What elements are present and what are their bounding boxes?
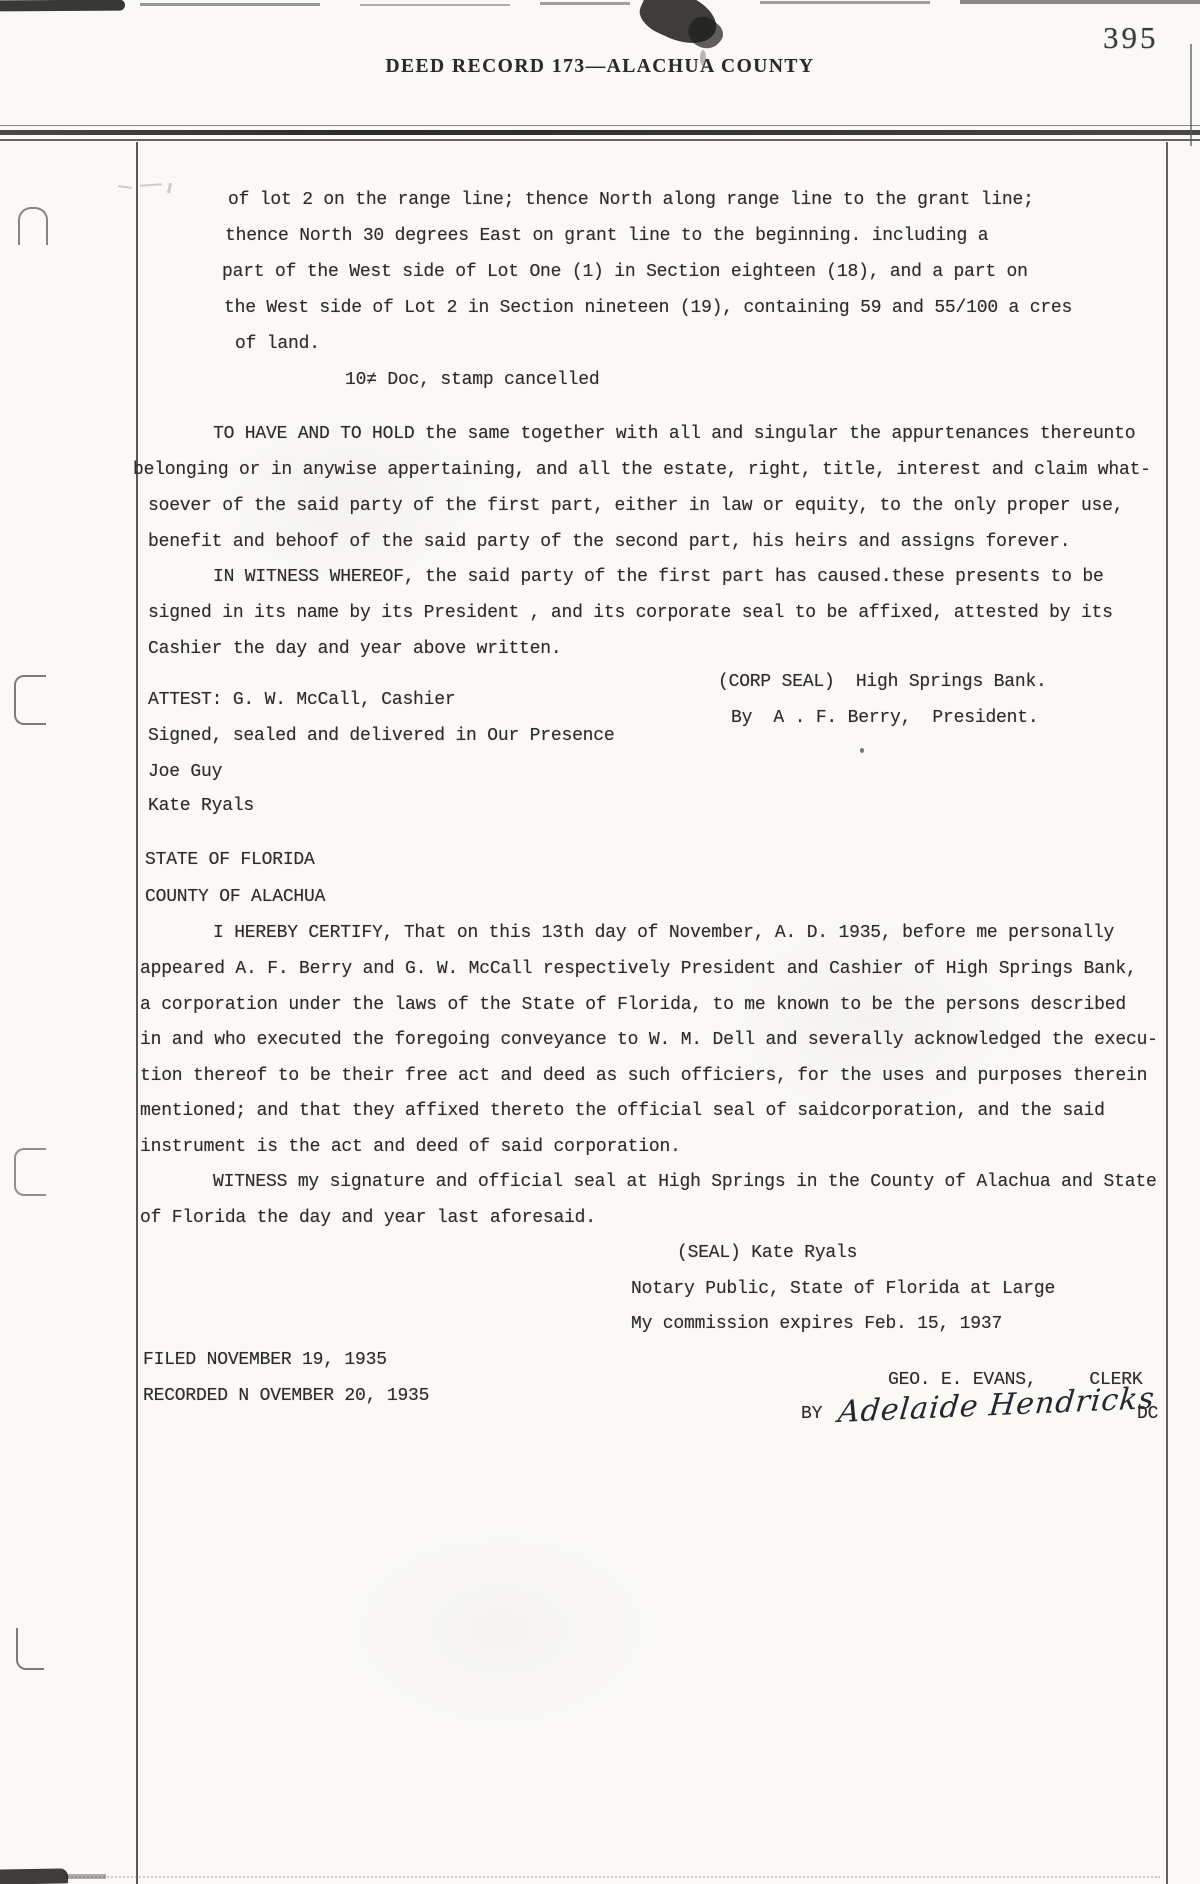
notary-witness-line: of Florida the day and year last aforesa… — [140, 1208, 596, 1230]
witness-clause-line: IN WITNESS WHEREOF, the said party of th… — [213, 567, 1104, 589]
binder-mark-arch — [18, 207, 48, 245]
certify-line: instrument is the act and deed of said c… — [140, 1137, 681, 1159]
certify-line: I HEREBY CERTIFY, That on this 13th day … — [213, 923, 1114, 945]
paper-blotch — [300, 1500, 700, 1760]
page-border-right — [1166, 142, 1168, 1884]
certify-line: tion thereof to be their free act and de… — [140, 1066, 1147, 1088]
county-line: COUNTY OF ALACHUA — [145, 887, 325, 909]
certify-line: a corporation under the laws of the Stat… — [140, 995, 1126, 1017]
scan-dotted-line-bottom — [60, 1876, 1160, 1878]
pencil-mark — [140, 183, 162, 187]
certify-line: appeared A. F. Berry and G. W. McCall re… — [140, 959, 1137, 981]
habendum-line: soever of the said party of the first pa… — [148, 496, 1123, 518]
description-line: the West side of Lot 2 in Section ninete… — [224, 298, 1072, 320]
binder-mark-corner — [16, 1628, 44, 1670]
scanned-deed-page: 395 DEED RECORD 173—ALACHUA COUNTY of lo… — [0, 0, 1200, 1884]
witness-clause-line: signed in its name by its President , an… — [148, 603, 1113, 625]
scan-streak-top — [540, 2, 630, 5]
president-signature-line: By A . F. Berry, President. — [731, 708, 1038, 730]
scan-streak-top — [960, 0, 1200, 4]
binder-mark-bracket — [14, 675, 46, 725]
deputy-signature-handwriting: Adelaide Hendricks — [836, 1381, 1156, 1430]
binder-mark-bracket — [14, 1148, 46, 1196]
scan-streak-top — [760, 1, 930, 4]
certify-line: mentioned; and that they affixed thereto… — [140, 1101, 1105, 1123]
certify-line: in and who executed the foregoing convey… — [140, 1030, 1158, 1052]
header-rule-thick — [0, 130, 1200, 135]
pencil-mark — [167, 183, 172, 193]
state-line: STATE OF FLORIDA — [145, 850, 315, 872]
attest-line: ATTEST: G. W. McCall, Cashier — [148, 690, 455, 712]
page-border-left — [136, 142, 138, 1884]
witness-clause-line: Cashier the day and year above written. — [148, 639, 561, 661]
pencil-mark — [118, 185, 132, 189]
deputy-initials: DC — [1137, 1404, 1158, 1426]
doc-stamp-line: 10≠ Doc, stamp cancelled — [345, 370, 599, 392]
header-rule-bottom — [0, 139, 1200, 141]
description-line: of land. — [235, 334, 320, 356]
page-header-title: DEED RECORD 173—ALACHUA COUNTY — [0, 56, 1200, 78]
habendum-line: TO HAVE AND TO HOLD the same together wi… — [213, 424, 1135, 446]
notary-title-line: Notary Public, State of Florida at Large — [631, 1279, 1055, 1301]
scan-streak-top — [360, 4, 510, 6]
description-line: part of the West side of Lot One (1) in … — [222, 262, 1028, 284]
header-rule-thin — [0, 125, 1200, 126]
signed-sealed-line: Signed, sealed and delivered in Our Pres… — [148, 726, 614, 748]
habendum-line: benefit and behoof of the said party of … — [148, 532, 1070, 554]
commission-line: My commission expires Feb. 15, 1937 — [631, 1314, 1002, 1336]
corp-seal-line: (CORP SEAL) High Springs Bank. — [718, 672, 1047, 694]
witness-name: Joe Guy — [148, 762, 222, 784]
description-line: of lot 2 on the range line; thence North… — [228, 190, 1034, 212]
filed-line: FILED NOVEMBER 19, 1935 — [143, 1350, 387, 1372]
page-number: 395 — [1103, 20, 1159, 56]
description-line: thence North 30 degrees East on grant li… — [225, 226, 988, 248]
scan-smudge-bottom-left — [0, 1868, 68, 1884]
notary-seal-line: (SEAL) Kate Ryals — [677, 1243, 857, 1265]
scan-smudge-bottom-left-tail — [66, 1874, 106, 1879]
notary-witness-line: WITNESS my signature and official seal a… — [213, 1172, 1157, 1194]
witness-name: Kate Ryals — [148, 796, 254, 818]
deputy-by-label: BY — [801, 1404, 822, 1426]
scan-streak-top-left — [0, 0, 125, 11]
scan-streak-top — [140, 3, 320, 6]
stray-dot — [860, 748, 864, 753]
habendum-line: belonging or in anywise appertaining, an… — [133, 460, 1151, 482]
recorded-line: RECORDED N OVEMBER 20, 1935 — [143, 1386, 429, 1408]
page-edge-right-top — [1190, 44, 1192, 146]
